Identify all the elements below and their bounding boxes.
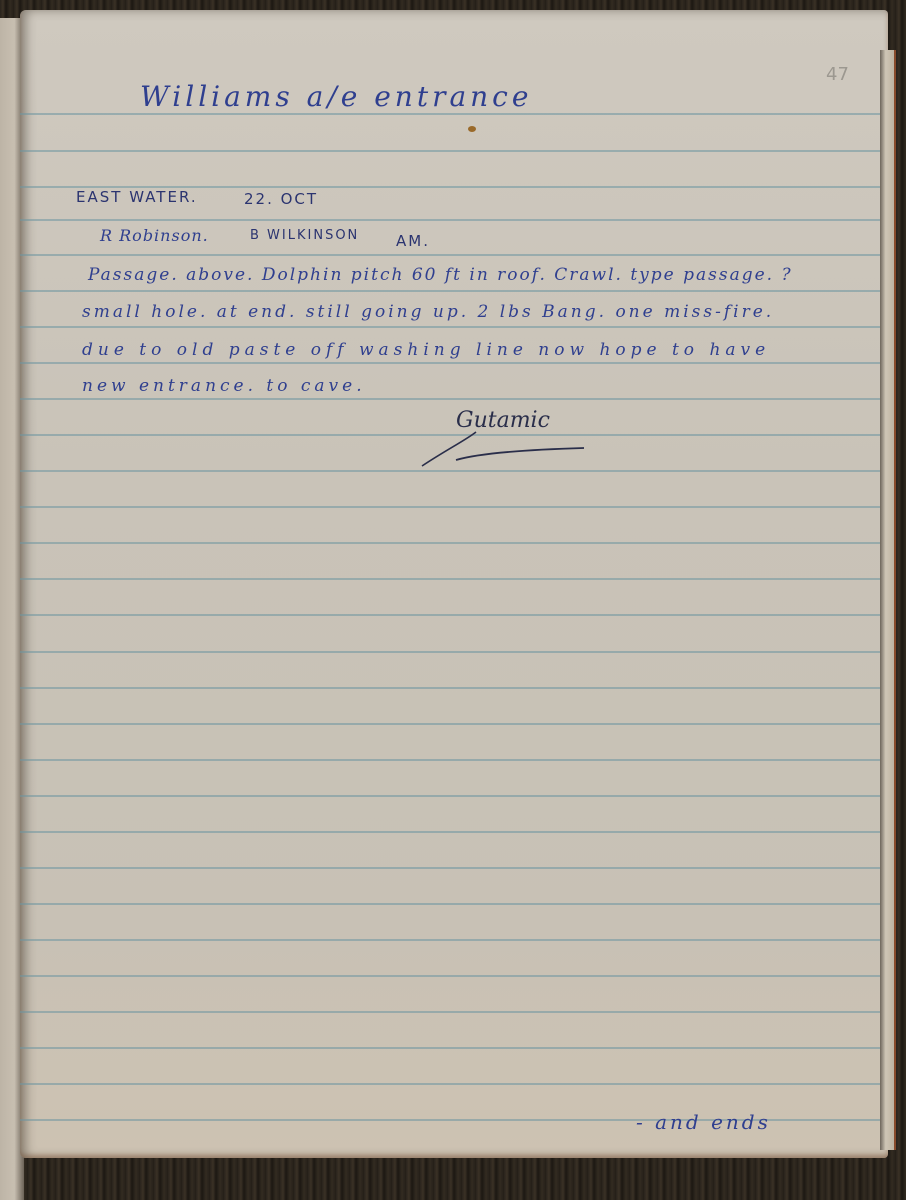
signature-flourish xyxy=(416,430,596,470)
rule-line xyxy=(20,254,888,256)
rule-line xyxy=(20,759,888,761)
rule-line xyxy=(20,542,888,544)
entry-line: new entrance. to cave. xyxy=(82,376,366,396)
rule-line xyxy=(20,831,888,833)
rule-line xyxy=(20,723,888,725)
rule-line xyxy=(20,219,888,221)
rule-line xyxy=(20,362,888,364)
rule-line xyxy=(20,470,888,472)
rule-line xyxy=(20,113,888,115)
rule-line xyxy=(20,975,888,977)
entry-location: EAST WATER. xyxy=(76,188,198,206)
party-member: B WILKINSON xyxy=(250,228,359,243)
rule-line xyxy=(20,398,888,400)
party-member: AM. xyxy=(396,232,430,250)
rule-line xyxy=(20,150,888,152)
rule-line xyxy=(20,614,888,616)
entry-line: due to old paste off washing line now ho… xyxy=(82,340,770,360)
page-stack-edge xyxy=(880,50,896,1150)
rule-line xyxy=(20,506,888,508)
rule-line xyxy=(20,1047,888,1049)
rule-line xyxy=(20,795,888,797)
rule-line xyxy=(20,1083,888,1085)
rule-line xyxy=(20,867,888,869)
rule-line xyxy=(20,687,888,689)
rule-line xyxy=(20,290,888,292)
ink-stain xyxy=(468,126,476,132)
rule-line xyxy=(20,1011,888,1013)
entry-line: small hole. at end. still going up. 2 lb… xyxy=(82,302,774,322)
rule-line xyxy=(20,578,888,580)
page-header-title: Williams a/e entrance xyxy=(140,80,532,113)
notebook-page: 47 Williams a/e entrance EAST WATER. 22.… xyxy=(20,10,888,1158)
rule-line xyxy=(20,939,888,941)
rule-line xyxy=(20,651,888,653)
page-number: 47 xyxy=(826,64,849,85)
rule-line xyxy=(20,326,888,328)
entry-date: 22. OCT xyxy=(244,190,318,208)
entry-line: Passage. above. Dolphin pitch 60 ft in r… xyxy=(88,265,793,285)
footer-note: - and ends xyxy=(636,1110,771,1134)
rule-line xyxy=(20,903,888,905)
party-member: R Robinson. xyxy=(100,226,209,245)
